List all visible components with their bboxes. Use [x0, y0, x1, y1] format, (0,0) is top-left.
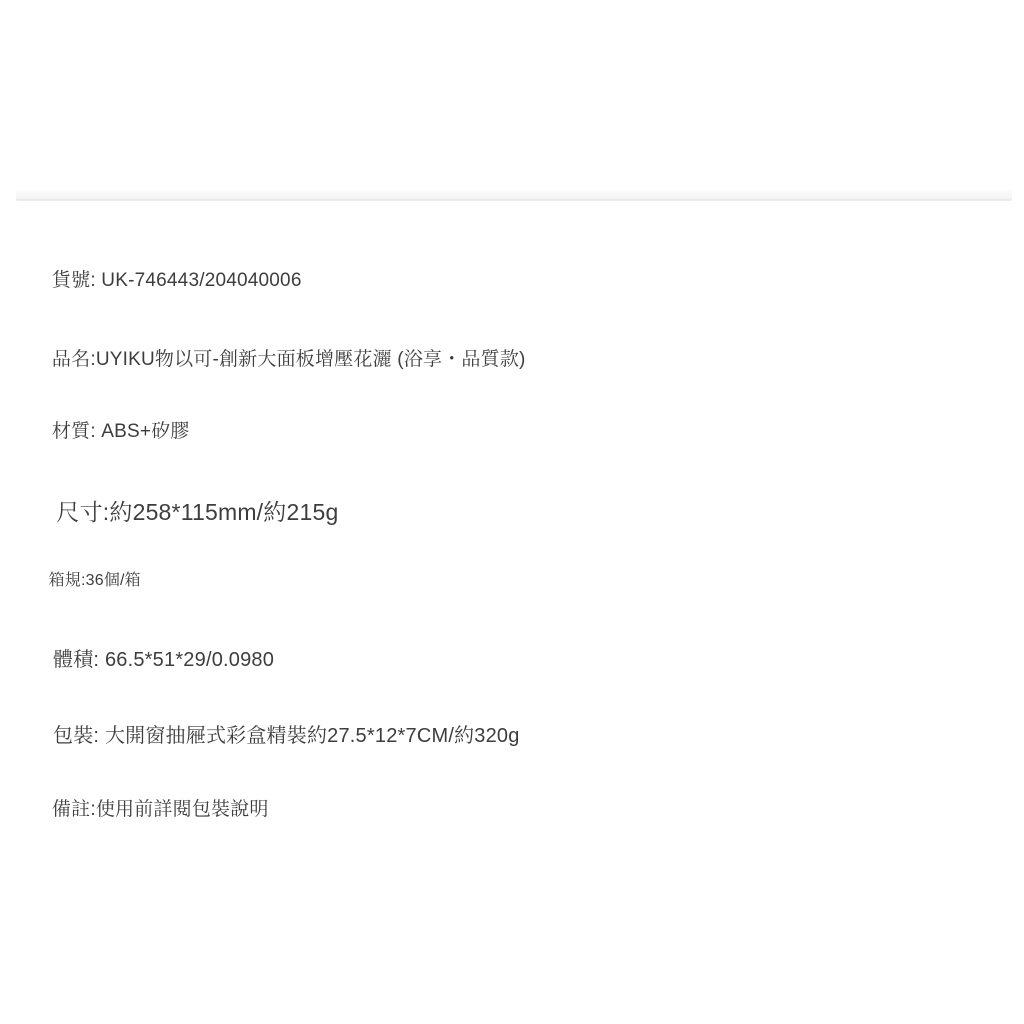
spec-value: 66.5*51*29/0.0980 — [99, 649, 274, 671]
spec-label: 尺寸: — [56, 499, 109, 525]
spec-value: 使用前詳閱包裝說明 — [96, 799, 269, 820]
spec-row-carton-spec: 箱規:36個/箱 — [30, 552, 141, 610]
spec-label: 包裝: — [53, 725, 99, 747]
spec-row-material: 材質: ABS+矽膠 — [30, 398, 190, 466]
spec-row-product-name: 品名:UYIKU物以可-創新大面板增壓花灑 (浴享・品質款) — [30, 326, 526, 394]
spec-value: ABS+矽膠 — [96, 421, 190, 442]
top-divider — [16, 191, 1012, 201]
spec-value: UYIKU物以可-創新大面板增壓花灑 (浴享・品質款) — [96, 349, 526, 370]
spec-row-item-number: 貨號: UK-746443/204040006 — [30, 247, 302, 315]
spec-label: 體積: — [53, 649, 99, 671]
spec-row-remarks: 備註:使用前詳閱包裝說明 — [30, 776, 269, 844]
spec-value: 36個/箱 — [86, 572, 141, 589]
product-spec-page: 貨號: UK-746443/204040006 品名:UYIKU物以可-創新大面… — [0, 0, 1024, 1024]
spec-label: 材質: — [52, 421, 96, 442]
spec-label: 備註: — [52, 799, 96, 820]
spec-value: 約258*115mm/約215g — [109, 499, 338, 525]
spec-value: UK-746443/204040006 — [96, 270, 302, 291]
spec-row-dimensions: 尺寸:約258*115mm/約215g — [30, 471, 338, 554]
spec-label: 品名: — [52, 349, 96, 370]
spec-label: 貨號: — [52, 270, 96, 291]
spec-row-packaging: 包裝: 大開窗抽屜式彩盒精裝約27.5*12*7CM/約320g — [30, 700, 520, 772]
spec-row-volume: 體積: 66.5*51*29/0.0980 — [30, 624, 274, 696]
spec-value: 大開窗抽屜式彩盒精裝約27.5*12*7CM/約320g — [99, 725, 519, 747]
spec-label: 箱規: — [49, 572, 86, 589]
